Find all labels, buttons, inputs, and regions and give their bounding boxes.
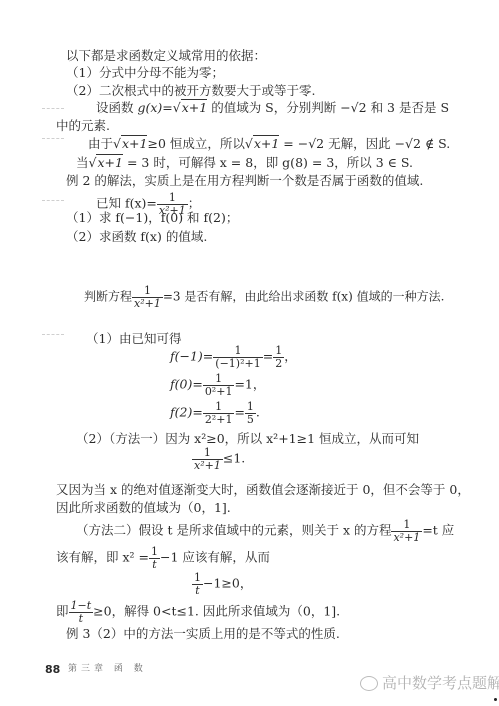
method2-line-1: （方法二）假设 t 是所求值域中的元素，则关于 x 的方程1x²+1=t 应 [76, 519, 454, 543]
text: ≥0，解得 0<t≤1. 因此所求值域为（0，1]. [93, 604, 340, 619]
corner-dot [494, 698, 497, 701]
numerator: 1 [192, 447, 223, 459]
text: 已知 f(x)= [96, 196, 157, 211]
text: ≥0 恒成立，所以 [147, 136, 244, 151]
lhs: f(−1)= [170, 349, 213, 364]
text: = 3 时，可解得 x = 8，即 g(8) = 3，所以 3 ∈ S. [123, 155, 413, 170]
numerator: 1 [203, 373, 235, 385]
radical: x+1 [253, 135, 279, 151]
lhs: f(2)= [170, 405, 203, 420]
fraction: 10²+1 [203, 373, 235, 397]
watermark-text: 高中数学考点题解 [382, 674, 499, 692]
hint-note: 判断方程1x²+1=3 是否有解，由此给出求函数 f(x) 值域的一种方法. [84, 285, 444, 309]
text: 设函数 [96, 100, 137, 115]
watermark: 高中数学考点题解 [360, 676, 499, 691]
denominator: 0²+1 [203, 385, 235, 398]
method1-line-1: （2）（方法一）因为 x²≥0，所以 x²+1≥1 恒成立，从而可知 [76, 433, 419, 446]
text: 当 [76, 155, 89, 170]
method1-line-2: 又因为当 x 的绝对值逐渐变大时，函数值会逐渐接近于 0，但不会等于 0， [56, 484, 470, 497]
text: （方法二）假设 t 是所求值域中的元素，则关于 x 的方程 [76, 523, 391, 538]
example2-prompt: 设函数 g(x)=√x+1 的值域为 S，分别判断 −√2 和 3 是否是 S [96, 102, 449, 115]
example3-question-2: （2）求函数 f(x) 的值域. [66, 231, 207, 244]
rhs: −1≥0， [203, 576, 252, 591]
fraction: 1x²+1 [132, 285, 163, 309]
method2-inequality: 1t−1≥0， [192, 572, 252, 596]
fraction: 1t [149, 546, 160, 570]
example2-remark: 例 2 的解法，实质上是在用方程判断一个数是否属于函数的值域. [66, 175, 423, 188]
denominator: (−1)²+1 [213, 357, 262, 370]
equals: = [234, 405, 244, 420]
intro-line-1: 以下都是求函数定义域常用的依据： [66, 50, 266, 63]
numerator: 1 [245, 401, 256, 413]
fraction: 12 [273, 345, 284, 369]
method1-line-3: 因此所求函数的值域为（0，1]. [56, 502, 231, 515]
denominator: x²+1 [192, 459, 223, 472]
wechat-icon [360, 676, 378, 691]
page-number: 88 [45, 664, 60, 675]
numerator: 1 [132, 285, 163, 297]
numerator: 1 [203, 401, 235, 413]
text: ， [284, 349, 297, 364]
method1-inequality: 1x²+1≤1. [192, 447, 245, 471]
numerator: 1 [192, 572, 203, 584]
example3-remark: 例 3（2）中的方法一实质上用的是不等式的性质. [66, 628, 340, 641]
rhs: =1， [234, 377, 265, 392]
numerator: 1 [273, 345, 284, 357]
margin-mark [42, 334, 64, 335]
lhs: f(0)= [170, 377, 203, 392]
fraction: 1−tt [69, 600, 94, 624]
text: 由于 [88, 136, 113, 151]
numerator: 1 [157, 192, 188, 204]
numerator: 1 [391, 519, 422, 531]
solution-part1-label: （1）由已知可得 [86, 333, 181, 346]
text: . [256, 405, 260, 420]
rhs: ≤1. [223, 451, 245, 466]
text: 即 [56, 604, 69, 619]
numerator: 1 [213, 345, 262, 357]
text: = −√2 无解，因此 −√2 ∉ S. [279, 136, 450, 151]
radical: x+1 [181, 99, 207, 115]
fraction: 15 [245, 401, 256, 425]
margin-mark [42, 108, 64, 109]
numerator: 1 [149, 546, 160, 558]
radical: x+1 [96, 154, 122, 170]
fraction: 1x²+1 [391, 519, 422, 543]
method2-conclusion: 即1−tt≥0，解得 0<t≤1. 因此所求值域为（0，1]. [56, 600, 340, 624]
denominator: 2²+1 [203, 413, 235, 426]
chapter-title: 第三章 函 数 [68, 665, 147, 674]
text: 的值域为 S，分别判断 −√2 和 3 是否是 S [207, 100, 449, 115]
equation-f-0: f(0)=10²+1=1， [170, 373, 265, 397]
example2-solution-2: 当√x+1 = 3 时，可解得 x = 8，即 g(8) = 3，所以 3 ∈ … [76, 157, 413, 170]
fraction: 1t [192, 572, 203, 596]
intro-line-3: （2）二次根式中的被开方数要大于或等于零. [66, 85, 315, 98]
denominator: t [69, 612, 94, 625]
method2-line-2: 该有解，即 x² =1t−1 应该有解，从而 [56, 546, 270, 570]
margin-mark [42, 200, 64, 201]
text: ； [188, 196, 201, 211]
numerator: 1−t [69, 600, 94, 612]
fraction: 1x²+1 [192, 447, 223, 471]
denominator: 5 [245, 413, 256, 426]
text: 该有解，即 x² = [56, 550, 149, 565]
radical: x+1 [121, 135, 147, 151]
equals: = [263, 349, 273, 364]
text: =3 是否有解，由此给出求函数 f(x) 值域的一种方法. [163, 290, 445, 304]
denominator: x²+1 [391, 531, 422, 544]
text: =t 应 [422, 523, 454, 538]
denominator: x²+1 [132, 297, 163, 310]
denominator: t [192, 584, 203, 597]
text: 判断方程 [84, 290, 132, 304]
fraction: 12²+1 [203, 401, 235, 425]
equation-f-neg1: f(−1)=1(−1)²+1=12， [170, 345, 297, 369]
example2-prompt-cont: 中的元素. [56, 120, 110, 133]
equation-f-2: f(2)=12²+1=15. [170, 401, 260, 425]
text: −1 应该有解，从而 [160, 550, 270, 565]
example3-question-1: （1）求 f(−1)，f(0) 和 f(2)； [66, 212, 238, 225]
example2-solution-1: 由于√x+1≥0 恒成立，所以√x+1 = −√2 无解，因此 −√2 ∉ S. [88, 138, 450, 151]
denominator: t [149, 558, 160, 571]
denominator: 2 [273, 357, 284, 370]
intro-line-2: （1）分式中分母不能为零； [66, 67, 224, 80]
math: g(x)= [137, 100, 172, 115]
fraction: 1(−1)²+1 [213, 345, 262, 369]
margin-mark [42, 138, 64, 139]
